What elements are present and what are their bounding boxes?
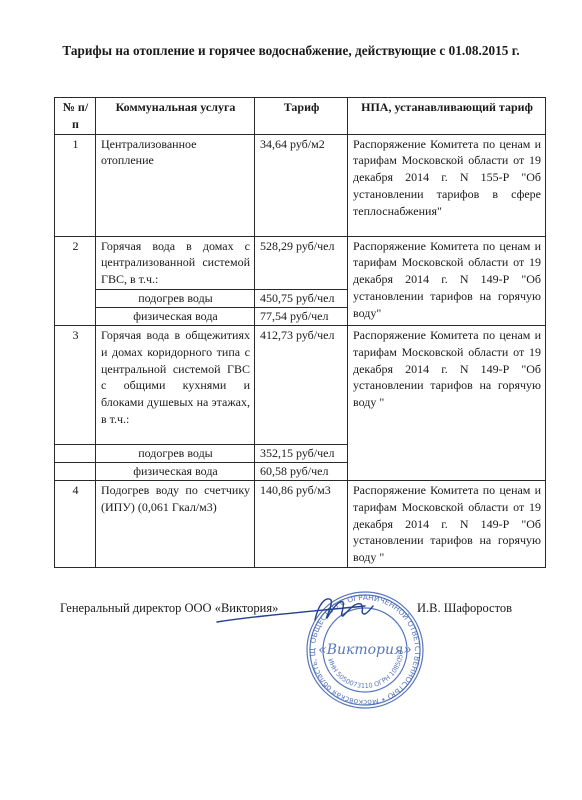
row-regulation: Распоряжение Комитета по ценам и тарифам…: [348, 480, 546, 567]
document-title: Тарифы на отопление и горячее водоснабже…: [0, 43, 582, 59]
header-regulation: НПА, устанавливающий тариф: [348, 98, 546, 135]
row-tariff: 140,86 руб/м3: [255, 480, 348, 567]
row-service: Горячая вода в общежитиях и домах коридо…: [96, 325, 255, 444]
subrow-number-empty: [55, 444, 96, 462]
row-number: 3: [55, 325, 96, 444]
table-row: 3 Горячая вода в общежитиях и домах кори…: [55, 325, 546, 444]
subrow-tariff: 77,54 руб/чел: [255, 307, 348, 325]
subrow-service: подогрев воды: [96, 444, 255, 462]
table-header-row: № п/п Коммунальная услуга Тариф НПА, уст…: [55, 98, 546, 135]
row-regulation: Распоряжение Комитета по ценам и тарифам…: [348, 134, 546, 236]
header-number: № п/п: [55, 98, 96, 135]
subrow-number-empty: [55, 462, 96, 480]
subrow-service: физическая вода: [96, 462, 255, 480]
subrow-tariff: 450,75 руб/чел: [255, 289, 348, 307]
header-service: Коммунальная услуга: [96, 98, 255, 135]
row-number: 4: [55, 480, 96, 567]
subrow-service: физическая вода: [96, 307, 255, 325]
signatory-name: И.В. Шафоростов: [417, 601, 512, 616]
header-tariff: Тариф: [255, 98, 348, 135]
subrow-tariff: 60,58 руб/чел: [255, 462, 348, 480]
row-service: Подогрев воду по счетчику (ИПУ) (0,061 Г…: [96, 480, 255, 567]
svg-text:«Виктория»: «Виктория»: [318, 642, 412, 658]
row-number: 2: [55, 236, 96, 325]
row-tariff: 412,73 руб/чел: [255, 325, 348, 444]
subrow-service: подогрев воды: [96, 289, 255, 307]
row-regulation: Распоряжение Комитета по ценам и тарифам…: [348, 236, 546, 325]
row-tariff: 528,29 руб/чел: [255, 236, 348, 289]
signature-icon: [215, 592, 375, 632]
table-row: 1 Централизованное отопление 34,64 руб/м…: [55, 134, 546, 236]
row-number: 1: [55, 134, 96, 236]
table-row: 4 Подогрев воду по счетчику (ИПУ) (0,061…: [55, 480, 546, 567]
row-service: Централизованное отопление: [96, 134, 255, 236]
row-regulation: Распоряжение Комитета по ценам и тарифам…: [348, 325, 546, 480]
tariffs-table: № п/п Коммунальная услуга Тариф НПА, уст…: [54, 97, 546, 568]
row-service: Горячая вода в домах с централизованной …: [96, 236, 255, 289]
subrow-tariff: 352,15 руб/чел: [255, 444, 348, 462]
table-row: 2 Горячая вода в домах с централизованно…: [55, 236, 546, 289]
row-tariff: 34,64 руб/м2: [255, 134, 348, 236]
